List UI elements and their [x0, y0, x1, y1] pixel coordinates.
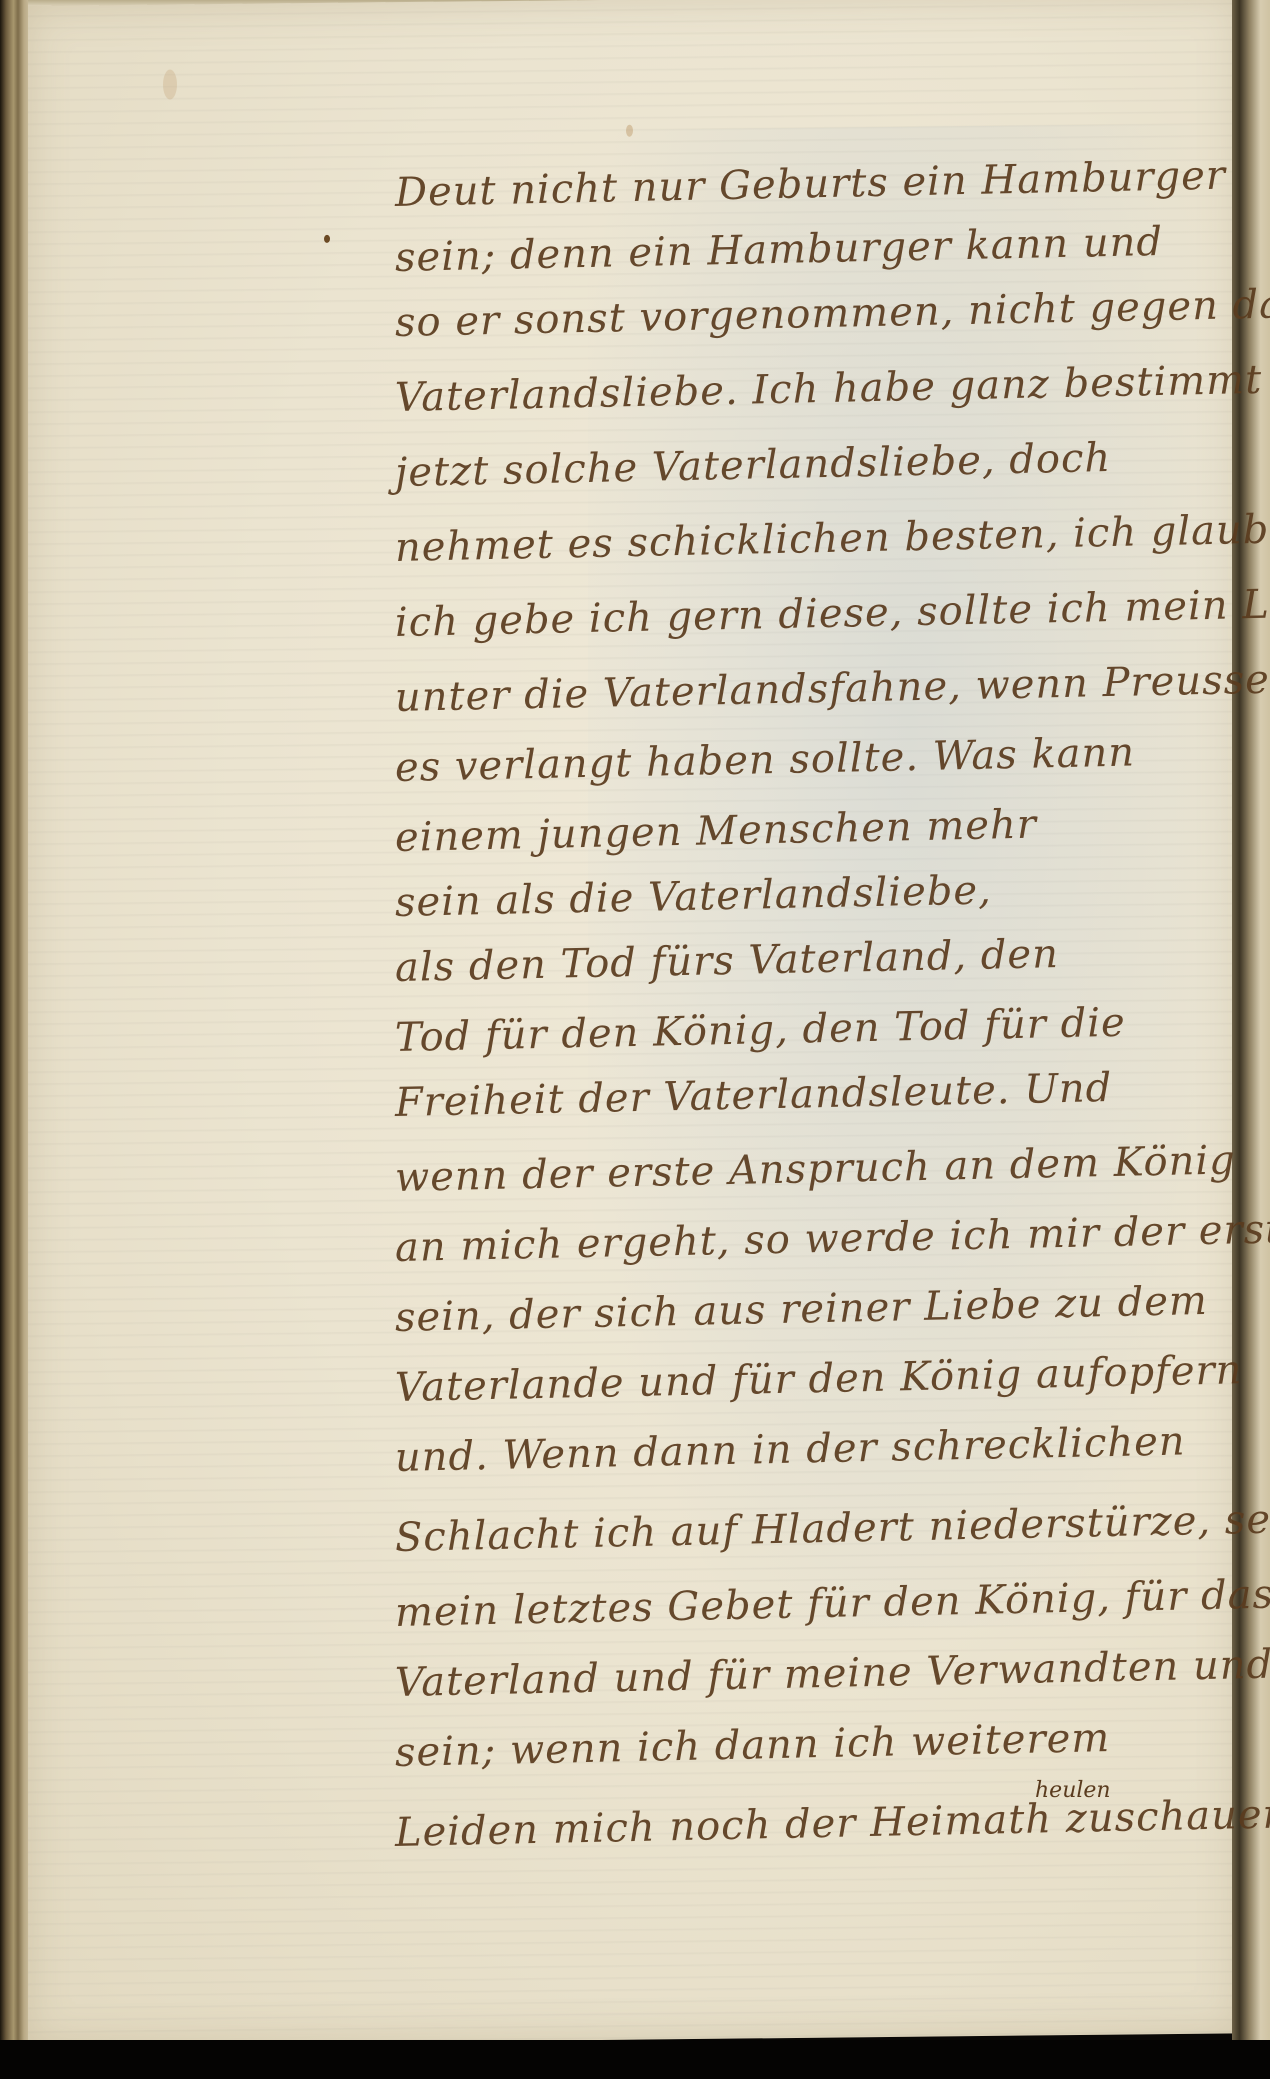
paper-stain — [163, 69, 177, 99]
manuscript-scan: Deut nicht nur Geburts ein Hamburger sei… — [0, 0, 1270, 2079]
paper-stain — [626, 125, 633, 137]
scan-background — [0, 2040, 1270, 2079]
margin-ink-dot — [324, 235, 330, 243]
page-stack-edge — [0, 0, 30, 2050]
